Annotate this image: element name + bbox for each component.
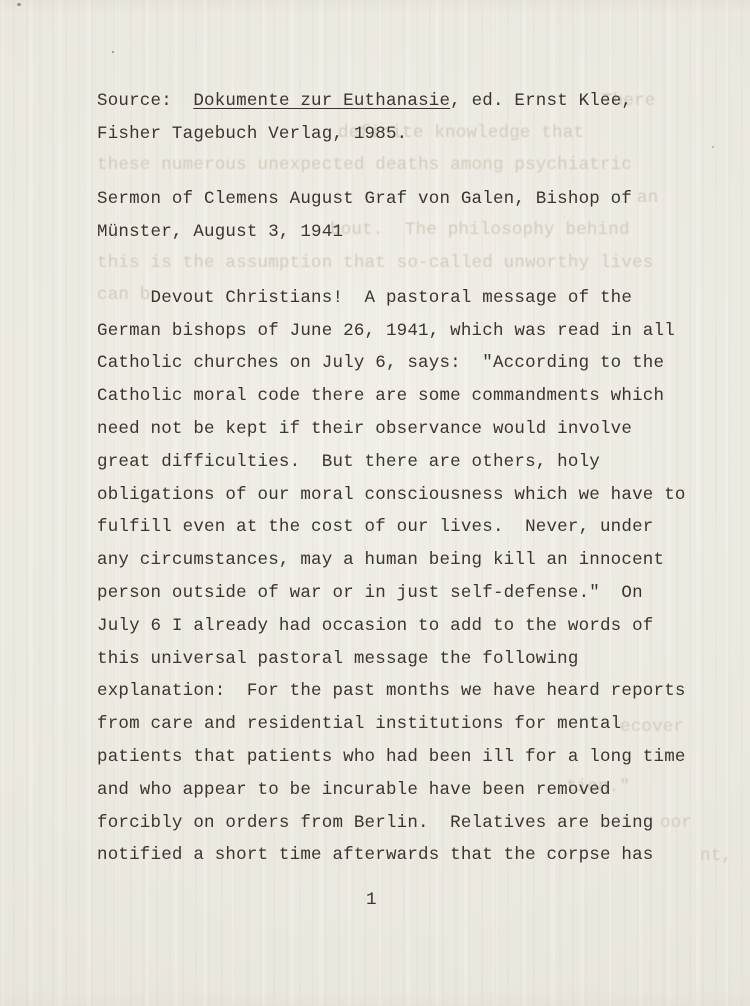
text-segment: July 6 I already had occasion to add to … (97, 616, 654, 636)
text-segment: obligations of our moral consciousness w… (97, 485, 686, 505)
text-segment: , ed. Ernst Klee, (450, 91, 632, 111)
text-segment: German bishops of June 26, 1941, which w… (97, 321, 675, 341)
text-line: German bishops of June 26, 1941, which w… (97, 315, 717, 348)
text-segment: fulfill even at the cost of our lives. N… (97, 517, 654, 537)
text-line: person outside of war or in just self-de… (97, 577, 717, 610)
text-line: great difficulties. But there are others… (97, 446, 717, 479)
text-segment: this universal pastoral message the foll… (97, 649, 579, 669)
text-line: and who appear to be incurable have been… (97, 774, 717, 807)
paper-speck (712, 146, 714, 148)
text-line: Source: Dokumente zur Euthanasie, ed. Er… (97, 85, 717, 118)
text-line: need not be kept if their observance wou… (97, 413, 717, 446)
text-segment: Fisher Tagebuch Verlag, 1985. (97, 124, 407, 144)
text-line: fulfill even at the cost of our lives. N… (97, 511, 717, 544)
document-page: Theredefinite knowledge thatthese numero… (0, 0, 750, 1006)
text-segment: patients that patients who had been ill … (97, 747, 686, 767)
text-segment: Source: (97, 91, 193, 111)
text-line: Catholic moral code there are some comma… (97, 380, 717, 413)
text-line: Münster, August 3, 1941 (97, 216, 717, 249)
text-segment: person outside of war or in just self-de… (97, 583, 643, 603)
underlined-book-title: Dokumente zur Euthanasie (193, 91, 450, 111)
paper-speck (112, 51, 114, 53)
text-segment: forcibly on orders from Berlin. Relative… (97, 813, 654, 833)
paper-speck (17, 3, 21, 6)
text-line: forcibly on orders from Berlin. Relative… (97, 807, 717, 840)
page-number: 1 (366, 884, 377, 917)
text-line (97, 249, 717, 282)
typewritten-text: Source: Dokumente zur Euthanasie, ed. Er… (97, 85, 717, 872)
text-line: explanation: For the past months we have… (97, 675, 717, 708)
text-line: patients that patients who had been ill … (97, 741, 717, 774)
text-segment: Catholic moral code there are some comma… (97, 386, 664, 406)
text-line: obligations of our moral consciousness w… (97, 479, 717, 512)
text-segment: Sermon of Clemens August Graf von Galen,… (97, 189, 632, 209)
text-segment: need not be kept if their observance wou… (97, 419, 632, 439)
text-line: Devout Christians! A pastoral message of… (97, 282, 717, 315)
text-line: notified a short time afterwards that th… (97, 839, 717, 872)
text-segment: Devout Christians! A pastoral message of… (97, 288, 632, 308)
text-segment: great difficulties. But there are others… (97, 452, 600, 472)
text-line: this universal pastoral message the foll… (97, 643, 717, 676)
text-segment: Catholic churches on July 6, says: "Acco… (97, 353, 664, 373)
text-line: from care and residential institutions f… (97, 708, 717, 741)
text-line: Fisher Tagebuch Verlag, 1985. (97, 118, 717, 151)
text-line (97, 151, 717, 184)
text-segment: explanation: For the past months we have… (97, 681, 686, 701)
text-segment: any circumstances, may a human being kil… (97, 550, 664, 570)
text-line: Catholic churches on July 6, says: "Acco… (97, 347, 717, 380)
text-segment: notified a short time afterwards that th… (97, 845, 654, 865)
text-line: Sermon of Clemens August Graf von Galen,… (97, 183, 717, 216)
text-segment: from care and residential institutions f… (97, 714, 621, 734)
text-line: July 6 I already had occasion to add to … (97, 610, 717, 643)
text-segment: Münster, August 3, 1941 (97, 222, 343, 242)
text-segment: and who appear to be incurable have been… (97, 780, 611, 800)
text-line: any circumstances, may a human being kil… (97, 544, 717, 577)
